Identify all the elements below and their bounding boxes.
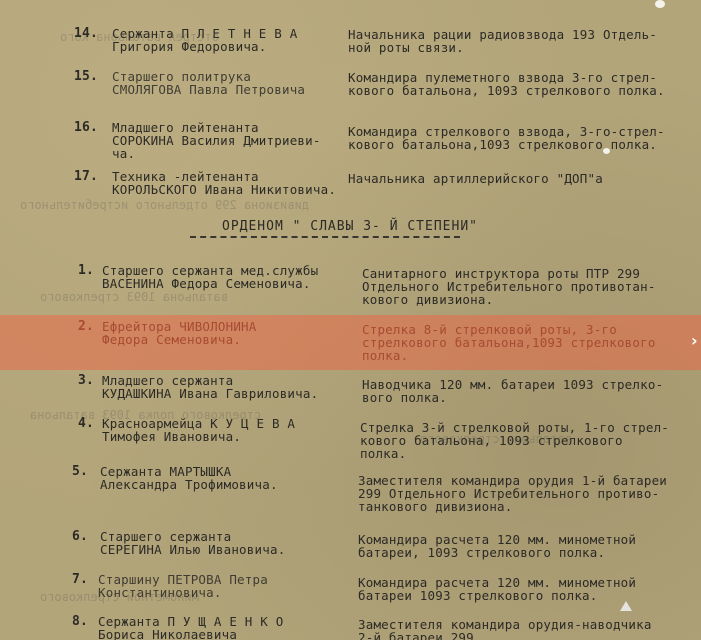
entry-name-line: КОРОЛЬСКОГО Ивана Никитовича. — [112, 183, 347, 196]
entry-name-line: Федора Семеновича. — [102, 333, 337, 346]
entry-name-line: ВАСЕНИНА Федора Семеновича. — [102, 277, 337, 290]
award-entry: 1. Старшего сержанта мед.службы ВАСЕНИНА… — [0, 264, 701, 309]
award-entry: 16. Младшего лейтенанта СОРОКИНА Василия… — [0, 121, 701, 166]
entry-desc-line: полка. — [360, 447, 701, 460]
entry-desc-line: кового батальона, 1093 стрелкового полка… — [348, 84, 693, 97]
award-entry-highlighted[interactable]: 2. Ефрейтора ЧИВОЛОНИНА Федора Семенович… — [0, 320, 701, 365]
award-entry: 15. Старшего политрука СМОЛЯГОВА Павла П… — [0, 70, 701, 100]
paper-blemish — [603, 148, 610, 154]
entry-number: 6. — [72, 530, 88, 543]
award-entry: 17. Техника -лейтенанта КОРОЛЬСКОГО Иван… — [0, 170, 701, 200]
award-entry: 4. Красноармейца К У Ц Е В А Тимофея Ива… — [0, 417, 701, 462]
entry-name-line: Бориса Николаевича — [98, 628, 333, 640]
archival-document-page: отстрел ватальона кого дивизиона 299 отд… — [0, 0, 701, 640]
paper-blemish — [655, 0, 665, 8]
award-entry: 5. Сержанта МАРТЫШКА Александра Трофимов… — [0, 465, 701, 510]
entry-number: 15. — [74, 70, 98, 83]
entry-number: 7. — [72, 573, 88, 586]
entry-name-line: СЕРЕГИНА Илью Ивановича. — [100, 543, 335, 556]
section-heading-underline — [190, 236, 460, 238]
award-entry: 8. Сержанта П У Щ А Е Н К О Бориса Никол… — [0, 615, 701, 640]
entry-number: 8. — [72, 615, 88, 628]
bleed-through-text: дивизиона 299 отдельного истребительного — [20, 198, 309, 212]
entry-number: 2. — [78, 320, 94, 333]
entry-desc-line: танкового дивизиона. — [358, 500, 701, 513]
pointer-arrow-icon — [620, 601, 632, 611]
entry-desc-line: полка. — [362, 349, 701, 362]
entry-number: 14. — [74, 27, 98, 40]
entry-name-line: Григория Федоровича. — [112, 40, 347, 53]
entry-name-line: Тимофея Ивановича. — [102, 430, 337, 443]
entry-number: 1. — [78, 264, 94, 277]
award-entry: 14. Сержанта П Л Е Т Н Е В А Григория Фе… — [0, 27, 701, 57]
award-entry: 6. Старшего сержанта СЕРЕГИНА Илью Ивано… — [0, 530, 701, 560]
entry-number: 17. — [74, 170, 98, 183]
entry-name-line: КУДАШКИНА Ивана Гавриловича. — [102, 387, 337, 400]
entry-number: 16. — [74, 121, 98, 134]
chevron-right-icon[interactable]: › — [691, 333, 701, 349]
entry-name-line: Константиновича. — [98, 586, 333, 599]
entry-number: 3. — [78, 374, 94, 387]
entry-number: 5. — [72, 465, 88, 478]
entry-name-line: Александра Трофимовича. — [100, 478, 335, 491]
entry-desc-line: батареи 1093 стрелкового полка. — [358, 589, 701, 602]
entry-desc-line: Начальника артиллерийского "ДОП"а — [348, 172, 693, 185]
entry-desc-line: 2-й батареи 299 — [358, 631, 701, 640]
entry-name-line: СМОЛЯГОВА Павла Петровича — [112, 83, 347, 96]
entry-desc-line: кового батальона,1093 стрелкового полка. — [348, 138, 693, 151]
entry-desc-line: кового дивизиона. — [362, 293, 701, 306]
entry-number: 4. — [78, 417, 94, 430]
entry-desc-line: вого полка. — [362, 391, 701, 404]
entry-name-line: ча. — [112, 147, 347, 160]
award-entry: 3. Младшего сержанта КУДАШКИНА Ивана Гав… — [0, 374, 701, 404]
award-entry: 7. Старшину ПЕТРОВА Петра Константинович… — [0, 573, 701, 603]
entry-desc-line: кового батальона, 1093 стрелкового — [360, 434, 701, 447]
entry-name-line: СОРОКИНА Василия Дмитриеви- — [112, 134, 347, 147]
entry-desc-line: батареи, 1093 стрелкового полка. — [358, 546, 701, 559]
entry-desc-line: стрелкового батальона,1093 стрелкового — [362, 336, 701, 349]
section-heading: ОРДЕНОМ " СЛАВЫ 3- Й СТЕПЕНИ" — [222, 219, 478, 234]
entry-desc-line: ной роты связи. — [348, 41, 693, 54]
